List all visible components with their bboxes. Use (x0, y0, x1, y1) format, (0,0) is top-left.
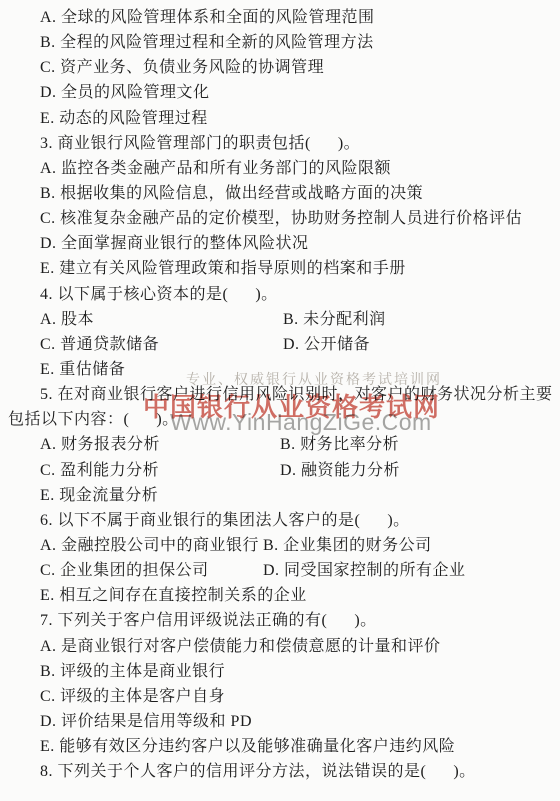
question-line: 8. 下列关于个人客户的信用评分方法，说法错误的是( )。 (0, 759, 560, 784)
exam-page: A. 全球的风险管理体系和全面的风险管理范围B. 全程的风险管理过程和全新的风险… (0, 0, 560, 801)
option-line: B. 全程的风险管理过程和全新的风险管理方法 (0, 30, 560, 55)
option-line: D. 评价结果是信用等级和 PD (0, 709, 560, 734)
option-left: C. 盈利能力分析 (40, 462, 159, 479)
option-line: E. 建立有关风险管理政策和指导原则的档案和手册 (0, 256, 560, 281)
option-left: C. 普通贷款储备 (40, 336, 159, 353)
option-line: C. 盈利能力分析D. 融资能力分析 (0, 458, 560, 483)
question-line: 3. 商业银行风险管理部门的职责包括( )。 (0, 131, 560, 156)
option-line: A. 是商业银行对客户偿债能力和偿债意愿的计量和评价 (0, 634, 560, 659)
option-line: A. 监控各类金融产品和所有业务部门的风险限额 (0, 156, 560, 181)
option-line: E. 重估储备 (0, 357, 560, 382)
option-line: C. 核准复杂金融产品的定价模型，协助财务控制人员进行价格评估 (0, 206, 560, 231)
option-line: D. 全员的风险管理文化 (0, 80, 560, 105)
option-line: E. 能够有效区分违约客户以及能够准确量化客户违约风险 (0, 734, 560, 759)
option-line: E. 相互之间存在直接控制关系的企业 (0, 583, 560, 608)
option-line: E. 动态的风险管理过程 (0, 106, 560, 131)
option-line: C. 评级的主体是客户自身 (0, 684, 560, 709)
option-right: D. 公开储备 (283, 332, 370, 357)
option-line: A. 全球的风险管理体系和全面的风险管理范围 (0, 5, 560, 30)
option-right: B. 企业集团的财务公司 (263, 533, 432, 558)
option-left: A. 股本 (40, 311, 94, 328)
option-right: D. 同受国家控制的所有企业 (263, 558, 466, 583)
question-line: 7. 下列关于客户信用评级说法正确的有( )。 (0, 608, 560, 633)
option-line: D. 全面掌握商业银行的整体风险状况 (0, 231, 560, 256)
option-right: B. 未分配利润 (283, 307, 386, 332)
option-right: B. 财务比率分析 (280, 432, 399, 457)
option-left: C. 企业集团的担保公司 (40, 562, 209, 579)
option-line: A. 金融控股公司中的商业银行B. 企业集团的财务公司 (0, 533, 560, 558)
question-line: 4. 以下属于核心资本的是( )。 (0, 282, 560, 307)
option-right: D. 融资能力分析 (280, 458, 400, 483)
document-body: A. 全球的风险管理体系和全面的风险管理范围B. 全程的风险管理过程和全新的风险… (0, 5, 560, 784)
option-line: A. 股本B. 未分配利润 (0, 307, 560, 332)
option-line: C. 资产业务、负债业务风险的协调管理 (0, 55, 560, 80)
option-line: C. 企业集团的担保公司D. 同受国家控制的所有企业 (0, 558, 560, 583)
option-line: C. 普通贷款储备D. 公开储备 (0, 332, 560, 357)
option-left: A. 金融控股公司中的商业银行 (40, 537, 259, 554)
question-line: 5. 在对商业银行客户进行信用风险识别时，对客户的财务状况分析主要 (0, 382, 560, 407)
option-line: B. 评级的主体是商业银行 (0, 659, 560, 684)
option-left: A. 财务报表分析 (40, 436, 160, 453)
option-line: E. 现金流量分析 (0, 483, 560, 508)
option-line: A. 财务报表分析B. 财务比率分析 (0, 432, 560, 457)
question-continuation-line: 包括以下内容：( )。 (0, 407, 560, 432)
question-line: 6. 以下不属于商业银行的集团法人客户的是( )。 (0, 508, 560, 533)
option-line: B. 根据收集的风险信息，做出经营或战略方面的决策 (0, 181, 560, 206)
